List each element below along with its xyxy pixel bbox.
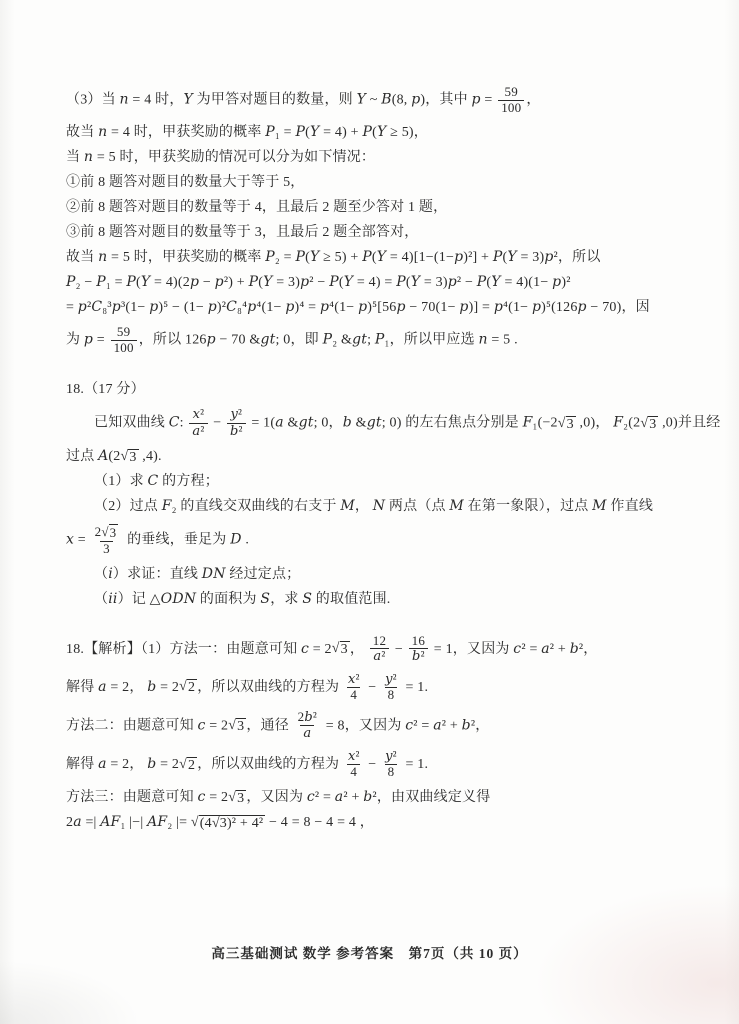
radical: √3 bbox=[558, 416, 576, 434]
text-line: x = 2√33 的垂线，垂足为 D . bbox=[66, 524, 676, 556]
fraction: 2b²a bbox=[295, 710, 320, 742]
text-line: 方法二：由题意可知 c = 2√3，通径 2b²a = 8，又因为 c² = a… bbox=[66, 710, 676, 742]
text-line: 当 n = 5 时，甲获奖励的情况可以分为如下情况： bbox=[66, 147, 676, 168]
fraction: y²8 bbox=[382, 749, 400, 780]
radical: √2 bbox=[179, 679, 197, 697]
radical: √3 bbox=[228, 718, 246, 736]
text-line: 解得 a = 2， b = 2√2，所以双曲线的方程为 x²4 − y²8 = … bbox=[66, 749, 676, 780]
page-footer: 高三基础测试 数学 参考答案 第7页（共 10 页） bbox=[0, 942, 739, 962]
radical: √3 bbox=[120, 449, 138, 467]
fraction: 59100 bbox=[498, 85, 524, 115]
text-line: ②前 8 题答对题目的数量等于 4，且最后 2 题至少答对 1 题， bbox=[66, 197, 676, 218]
text-line: 已知双曲线 C: x²a² − y²b² = 1(a &gt; 0，b &gt;… bbox=[66, 407, 676, 439]
text-line: = p²C₈³p³(1− p)⁵ − (1− p)²C₈⁴p⁴(1− p)⁴ =… bbox=[66, 297, 676, 318]
text-line: 解得 a = 2， b = 2√2，所以双曲线的方程为 x²4 − y²8 = … bbox=[66, 672, 676, 703]
text-line: （3）当 n = 4 时，Y 为甲答对题目的数量，则 Y ~ B(8, p)，其… bbox=[66, 85, 676, 115]
fraction: 2√33 bbox=[92, 524, 122, 556]
text-line: ①前 8 题答对题目的数量大于等于 5， bbox=[66, 172, 676, 193]
text-line: 18.【解析】（1）方法一：由题意可知 c = 2√3， 12a² − 16b²… bbox=[66, 634, 676, 665]
fraction: 16b² bbox=[409, 634, 428, 665]
radical: √2 bbox=[179, 757, 197, 775]
text-line: 方法三：由题意可知 c = 2√3，又因为 c² = a² + b²，由双曲线定… bbox=[66, 787, 676, 808]
text-line: 过点 A(2√3 ,4). bbox=[66, 446, 676, 467]
section-question18-problem: 18.（17 分）已知双曲线 C: x²a² − y²b² = 1(a &gt;… bbox=[66, 379, 676, 609]
fraction: y²8 bbox=[382, 672, 400, 703]
text-line: ③前 8 题答对题目的数量等于 3，且最后 2 题全部答对， bbox=[66, 222, 676, 243]
text-line: 为 p = 59100，所以 126p − 70 &gt; 0，即 P₂ &gt… bbox=[66, 325, 676, 355]
radical: √3 bbox=[101, 524, 118, 541]
fraction: x²a² bbox=[189, 407, 207, 439]
radical: √(4√3)² + 4² bbox=[191, 815, 265, 833]
radical: √3 bbox=[332, 641, 350, 659]
text-line: （ii）记 △ODN 的面积为 S，求 S 的取值范围. bbox=[66, 589, 676, 610]
text-line: （1）求 C 的方程； bbox=[66, 471, 676, 492]
fraction: x²4 bbox=[345, 749, 363, 780]
text-line: 故当 n = 4 时，甲获奖励的概率 P₁ = P(Y = 4) + P(Y ≥… bbox=[66, 122, 676, 143]
fraction: y²b² bbox=[227, 407, 246, 439]
radical: √3 bbox=[640, 416, 658, 434]
text-line: （2）过点 F₂ 的直线交双曲线的右支于 M， N 两点（点 M 在第一象限），… bbox=[66, 496, 676, 517]
document-page: （3）当 n = 4 时，Y 为甲答对题目的数量，则 Y ~ B(8, p)，其… bbox=[0, 0, 739, 1024]
text-line: P₂ − P₁ = P(Y = 4)(2p − p²) + P(Y = 3)p²… bbox=[66, 272, 676, 293]
radical: √3 bbox=[228, 790, 246, 808]
text-line: （i）求证：直线 DN 经过定点； bbox=[66, 564, 676, 585]
text-line: 18.（17 分） bbox=[66, 379, 676, 400]
fraction: x²4 bbox=[345, 672, 363, 703]
fraction: 59100 bbox=[111, 325, 137, 355]
document-content: （3）当 n = 4 时，Y 为甲答对题目的数量，则 Y ~ B(8, p)，其… bbox=[66, 85, 676, 833]
text-line: 故当 n = 5 时，甲获奖励的概率 P₂ = P(Y ≥ 5) + P(Y =… bbox=[66, 247, 676, 268]
fraction: 12a² bbox=[370, 634, 389, 665]
section-question18-solution: 18.【解析】（1）方法一：由题意可知 c = 2√3， 12a² − 16b²… bbox=[66, 634, 676, 834]
text-line: 2a =| AF₁ |−| AF₂ |= √(4√3)² + 4² − 4 = … bbox=[66, 812, 676, 833]
section-question17-part3-answer: （3）当 n = 4 时，Y 为甲答对题目的数量，则 Y ~ B(8, p)，其… bbox=[66, 85, 676, 355]
